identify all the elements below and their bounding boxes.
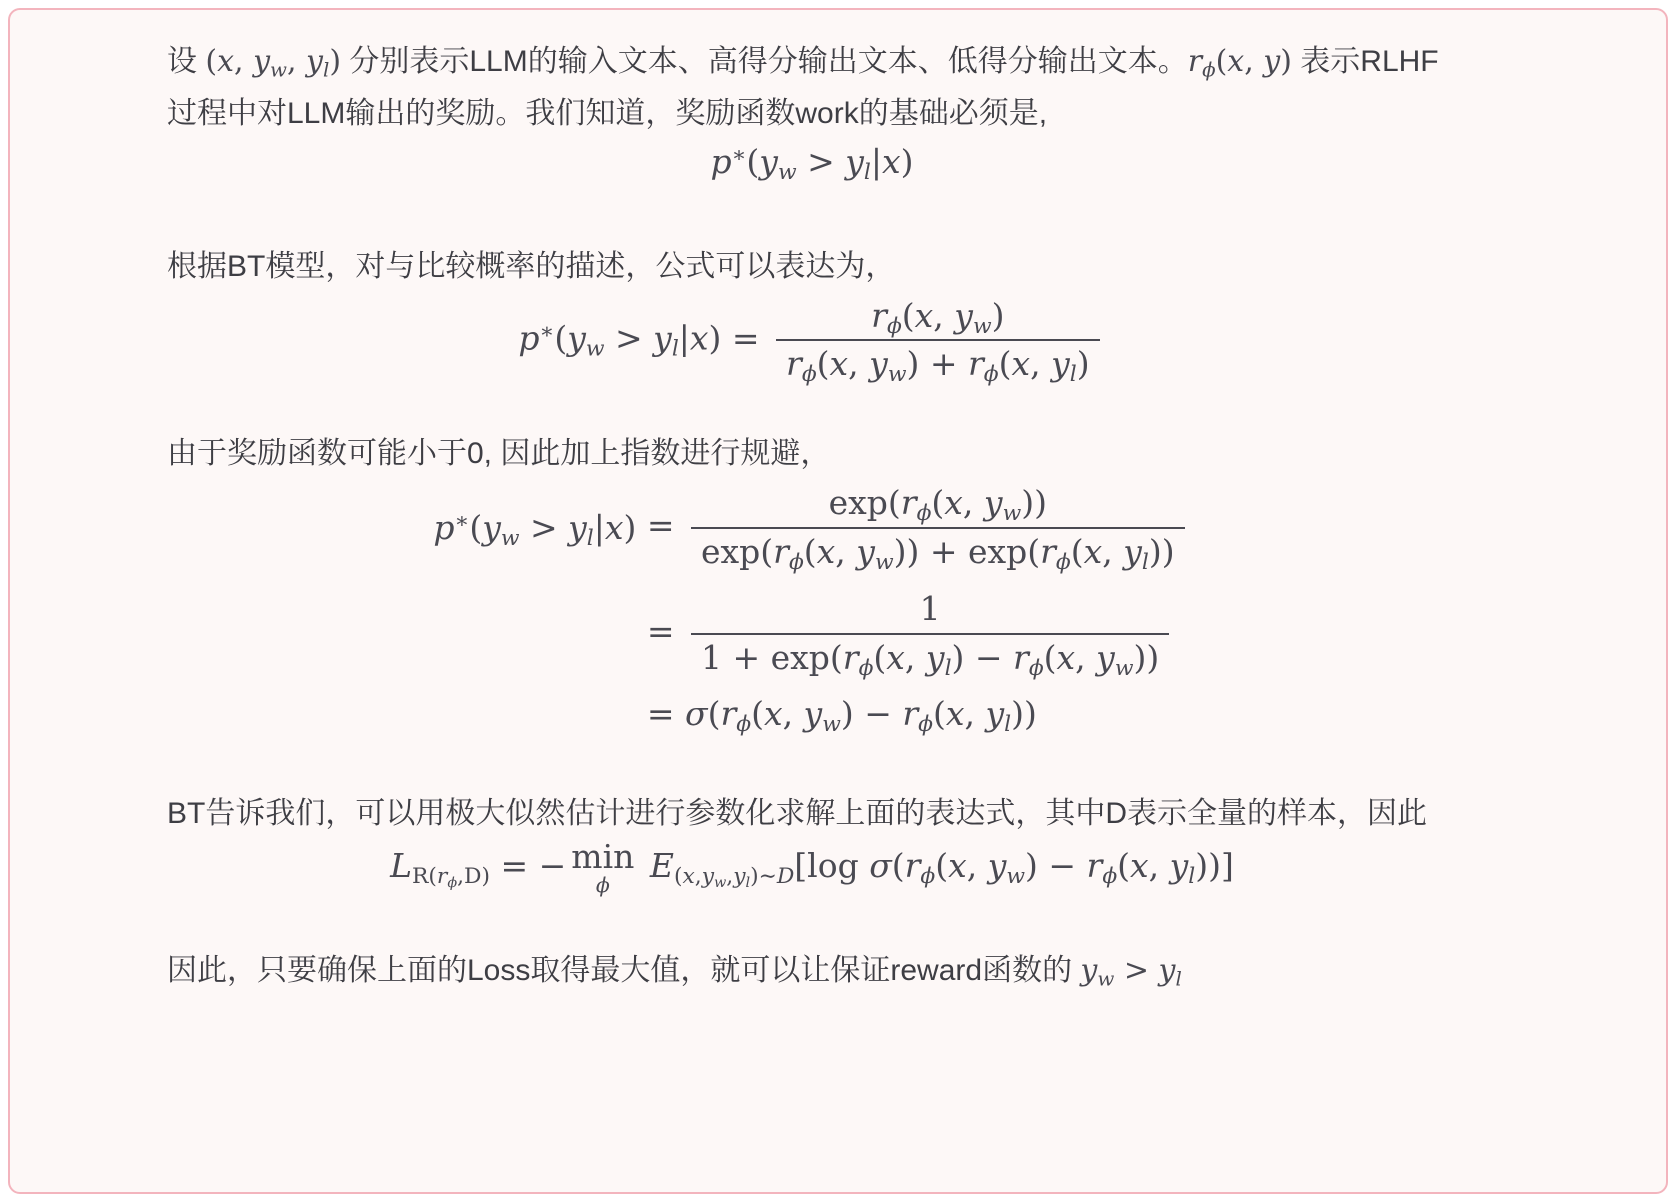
paragraph-conclusion: 因此，只要确保上面的Loss取得最大值，就可以让保证reward函数的 yw >…	[167, 945, 1457, 997]
paragraph-bt-model: 根据BT模型，对与比较概率的描述，公式可以表达为，	[167, 241, 1457, 293]
paragraph-exp-avoidance: 由于奖励函数可能小于0, 因此加上指数进行规避，	[167, 428, 1457, 480]
formula-preference-probability: p∗(yw > yl|x)	[167, 140, 1457, 185]
formula-loss: LR(rϕ,D) = −minϕ E(x,yw,yl)∼D[log σ(rϕ(x…	[167, 840, 1457, 896]
paragraph-setup: 设 (x, yw, yl) 分别表示LLM的输入文本、高得分输出文本、低得分输出…	[167, 36, 1457, 140]
formula-sigmoid-derivation: p∗(yw > yl|x) = exp(rϕ(x, yw))exp(rϕ(x, …	[167, 480, 1457, 736]
equation-lhs: p∗(yw > yl|x)	[433, 506, 646, 551]
article-content: 设 (x, yw, yl) 分别表示LLM的输入文本、高得分输出文本、低得分输出…	[10, 10, 1457, 997]
paragraph-mle: BT告诉我们，可以用极大似然估计进行参数化求解上面的表达式，其中D表示全量的样本…	[167, 788, 1457, 840]
equation-rhs: = 11 + exp(rϕ(x, yl) − rϕ(x, yw))	[647, 586, 1191, 682]
article-panel: 设 (x, yw, yl) 分别表示LLM的输入文本、高得分输出文本、低得分输出…	[8, 8, 1668, 1194]
formula-bt-ratio: p∗(yw > yl|x) = rϕ(x, yw)rϕ(x, yw) + rϕ(…	[167, 293, 1457, 389]
equation-rhs: = exp(rϕ(x, yw))exp(rϕ(x, yw)) + exp(rϕ(…	[647, 480, 1191, 576]
equation-rhs: = σ(rϕ(x, yw) − rϕ(x, yl))	[647, 692, 1191, 737]
